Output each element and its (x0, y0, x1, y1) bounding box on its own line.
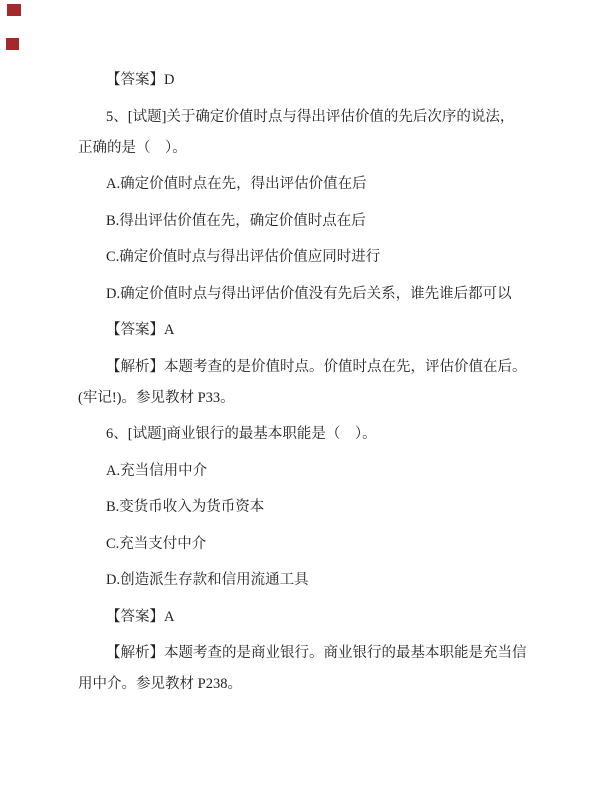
option-paragraph: C.确定价值时点与得出评估价值应同时进行 (78, 242, 542, 273)
option-paragraph: D.确定价值时点与得出评估价值没有先后关系，谁先谁后都可以 (78, 279, 542, 310)
option-paragraph: C.充当支付中介 (78, 529, 542, 560)
analysis-paragraph: 【解析】本题考查的是价值时点。价值时点在先，评估价值在后。(牢记!)。参见教材 … (78, 352, 542, 414)
red-mark-icon (6, 38, 19, 50)
answer-paragraph: 【答案】A (78, 315, 542, 346)
text-line: D.创造派生存款和信用流通工具 (78, 565, 542, 596)
option-paragraph: B.变货币收入为货币资本 (78, 492, 542, 523)
text-line: (牢记!)。参见教材 P33。 (78, 383, 542, 414)
text-line: B.得出评估价值在先，确定价值时点在后 (78, 206, 542, 237)
question-paragraph: 6、[试题]商业银行的最基本职能是（ ）。 (78, 419, 542, 450)
document-body: 【答案】D5、[试题]关于确定价值时点与得出评估价值的先后次序的说法，正确的是（… (78, 65, 542, 706)
text-line: 【解析】本题考查的是商业银行。商业银行的最基本职能是充当信 (78, 638, 542, 669)
document-page: 【答案】D5、[试题]关于确定价值时点与得出评估价值的先后次序的说法，正确的是（… (0, 0, 612, 792)
text-line: C.确定价值时点与得出评估价值应同时进行 (78, 242, 542, 273)
answer-paragraph: 【答案】D (78, 65, 542, 96)
text-line: 【解析】本题考查的是价值时点。价值时点在先，评估价值在后。 (78, 352, 542, 383)
text-line: 6、[试题]商业银行的最基本职能是（ ）。 (78, 419, 542, 450)
text-line: C.充当支付中介 (78, 529, 542, 560)
text-line: 【答案】A (78, 315, 542, 346)
option-paragraph: A.确定价值时点在先，得出评估价值在后 (78, 169, 542, 200)
option-paragraph: D.创造派生存款和信用流通工具 (78, 565, 542, 596)
text-line: 【答案】D (78, 65, 542, 96)
text-line: A.充当信用中介 (78, 456, 542, 487)
answer-paragraph: 【答案】A (78, 602, 542, 633)
text-line: 用中介。参见教材 P238。 (78, 669, 542, 700)
option-paragraph: A.充当信用中介 (78, 456, 542, 487)
text-line: D.确定价值时点与得出评估价值没有先后关系，谁先谁后都可以 (78, 279, 542, 310)
text-line: 5、[试题]关于确定价值时点与得出评估价值的先后次序的说法， (78, 102, 542, 133)
question-paragraph: 5、[试题]关于确定价值时点与得出评估价值的先后次序的说法，正确的是（ ）。 (78, 102, 542, 164)
text-line: 【答案】A (78, 602, 542, 633)
text-line: A.确定价值时点在先，得出评估价值在后 (78, 169, 542, 200)
text-line: 正确的是（ ）。 (78, 133, 542, 164)
text-line: B.变货币收入为货币资本 (78, 492, 542, 523)
analysis-paragraph: 【解析】本题考查的是商业银行。商业银行的最基本职能是充当信用中介。参见教材 P2… (78, 638, 542, 700)
red-mark-icon (7, 4, 21, 16)
option-paragraph: B.得出评估价值在先，确定价值时点在后 (78, 206, 542, 237)
